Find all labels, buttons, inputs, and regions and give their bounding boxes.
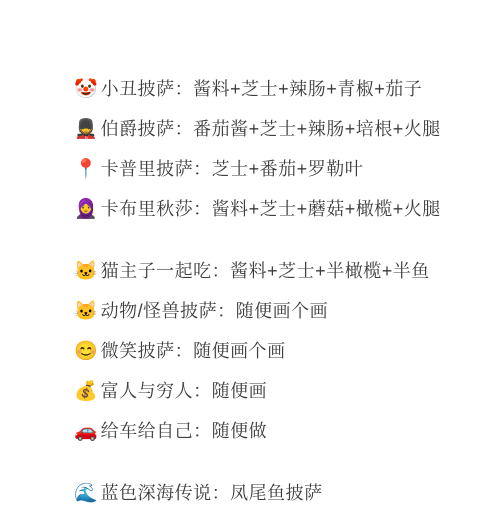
list-item: 📍 卡普里披萨：芝士+番茄+罗勒叶 xyxy=(74,149,490,189)
list-item: 😊 微笑披萨：随便画个画 xyxy=(74,331,490,371)
guard-icon: 💂 xyxy=(74,120,98,139)
red-car-icon: 🚗 xyxy=(74,422,98,441)
recipe-group-fun: 🐱 猫主子一起吃：酱料+芝士+半橄榄+半鱼 🐱 动物/怪兽披萨：随便画个画 😊 … xyxy=(74,251,490,451)
recipe-group-sea: 🌊 蓝色深海传说：凤尾鱼披萨 xyxy=(74,473,490,513)
woman-with-headscarf-icon: 🧕 xyxy=(74,200,98,219)
list-item-text: 猫主子一起吃：酱料+芝士+半橄榄+半鱼 xyxy=(101,262,430,280)
list-item: 🐱 猫主子一起吃：酱料+芝士+半橄榄+半鱼 xyxy=(74,251,490,291)
list-item: 💂 伯爵披萨：番茄酱+芝士+辣肠+培根+火腿 xyxy=(74,109,490,149)
list-item: 🧕 卡布里秋莎：酱料+芝士+蘑菇+橄榄+火腿 xyxy=(74,189,490,229)
list-item: 💰 富人与穷人：随便画 xyxy=(74,371,490,411)
list-item-text: 蓝色深海传说：凤尾鱼披萨 xyxy=(101,484,323,502)
water-wave-icon: 🌊 xyxy=(74,484,98,503)
list-item: 🌊 蓝色深海传说：凤尾鱼披萨 xyxy=(74,473,490,513)
cat-face-icon: 🐱 xyxy=(74,302,98,321)
list-item-text: 小丑披萨：酱料+芝士+辣肠+青椒+茄子 xyxy=(101,80,423,98)
pizza-recipe-list: 🤡 小丑披萨：酱料+芝士+辣肠+青椒+茄子 💂 伯爵披萨：番茄酱+芝士+辣肠+培… xyxy=(0,0,500,521)
list-item-text: 伯爵披萨：番茄酱+芝士+辣肠+培根+火腿 xyxy=(101,120,441,138)
round-pushpin-icon: 📍 xyxy=(74,160,98,179)
cat-face-icon: 🐱 xyxy=(74,262,98,281)
smiling-face-icon: 😊 xyxy=(74,342,98,361)
list-item-text: 富人与穷人：随便画 xyxy=(101,382,268,400)
list-item: 🤡 小丑披萨：酱料+芝士+辣肠+青椒+茄子 xyxy=(74,69,490,109)
recipe-group-classic: 🤡 小丑披萨：酱料+芝士+辣肠+青椒+茄子 💂 伯爵披萨：番茄酱+芝士+辣肠+培… xyxy=(74,69,490,229)
list-item: 🐱 动物/怪兽披萨：随便画个画 xyxy=(74,291,490,331)
clown-face-icon: 🤡 xyxy=(74,80,98,99)
list-item: 🚗 给车给自己：随便做 xyxy=(74,411,490,451)
list-item-text: 给车给自己：随便做 xyxy=(101,422,268,440)
list-item-text: 动物/怪兽披萨：随便画个画 xyxy=(101,302,329,320)
money-bag-icon: 💰 xyxy=(74,382,98,401)
list-item-text: 卡普里披萨：芝士+番茄+罗勒叶 xyxy=(101,160,364,178)
list-item-text: 微笑披萨：随便画个画 xyxy=(101,342,286,360)
list-item-text: 卡布里秋莎：酱料+芝士+蘑菇+橄榄+火腿 xyxy=(101,200,441,218)
